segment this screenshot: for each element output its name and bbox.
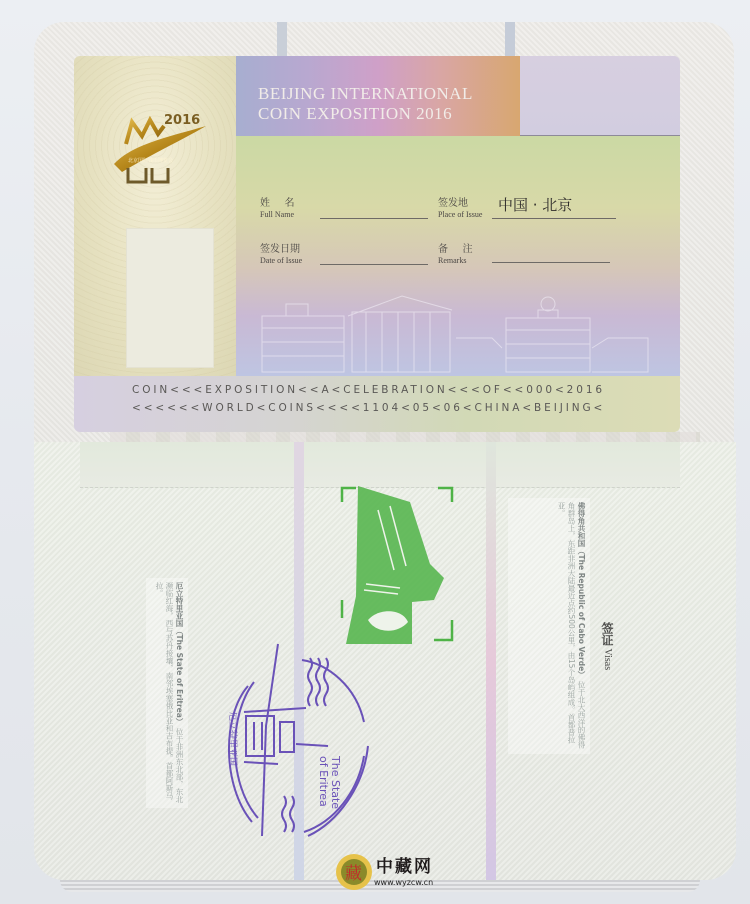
- svg-text:2016: 2016: [164, 113, 200, 128]
- full-name-label: 姓 名 Full Name: [260, 198, 301, 220]
- watermark-brand: 中藏网: [376, 852, 433, 877]
- title-line-2: COIN EXPOSITION 2016: [258, 104, 473, 124]
- eritrea-info-block: 厄立特里亚国（The State of Eritrea） 位于非洲东北部，东北濒…: [146, 578, 188, 808]
- guilloche-border: [110, 432, 700, 442]
- svg-text:厄立特里亚国: 厄立特里亚国: [227, 712, 239, 766]
- remarks-line: [492, 262, 610, 263]
- security-strip: [486, 442, 496, 880]
- coin-expo-logo-icon: 2016 北京国际钱币博览会: [102, 96, 212, 186]
- machine-readable-zone: COIN<<<EXPOSITION<<A<CELEBRATION<<<OF<<0…: [74, 376, 680, 432]
- mrz-line-2: <<<<<<WORLD<COINS<<<<1104<05<06<CHINA<BE…: [132, 402, 605, 414]
- card-header: BEIJING INTERNATIONAL COIN EXPOSITION 20…: [236, 56, 520, 136]
- mrz-line-1: COIN<<<EXPOSITION<<A<CELEBRATION<<<OF<<0…: [132, 384, 605, 396]
- place-of-issue-line: [492, 218, 616, 219]
- expo-title: BEIJING INTERNATIONAL COIN EXPOSITION 20…: [258, 84, 473, 124]
- svg-text:北京国际钱币博览会: 北京国际钱币博览会: [128, 157, 173, 164]
- photo-area: [126, 228, 214, 368]
- card-header-right-panel: [520, 56, 680, 136]
- security-strip: [277, 22, 287, 56]
- svg-text:藏: 藏: [345, 864, 362, 884]
- svg-text:of Eritrea: of Eritrea: [317, 756, 330, 807]
- card-left-panel: 2016 北京国际钱币博览会: [74, 56, 236, 376]
- card-fields-area: 姓 名 Full Name 签发地 Place of Issue 中国 · 北京…: [236, 136, 680, 376]
- purple-entry-stamp-icon: 厄立特里亚国 The State of Eritrea: [218, 636, 376, 848]
- remarks-label: 备 注 Remarks: [438, 244, 479, 266]
- security-strip: [505, 22, 515, 56]
- data-page-card: 2016 北京国际钱币博览会 BEIJING INTERNATIONAL COI…: [74, 56, 680, 432]
- visas-label: 签证 Visas: [600, 622, 614, 670]
- title-line-1: BEIJING INTERNATIONAL: [258, 84, 473, 104]
- place-of-issue-value: 中国 · 北京: [498, 194, 572, 215]
- passport-photo: 2016 北京国际钱币博览会 BEIJING INTERNATIONAL COI…: [0, 0, 750, 904]
- watermark-url: www.wyzcw.cn: [374, 878, 433, 887]
- date-of-issue-line: [320, 264, 428, 265]
- buildings-illustration-icon: [256, 286, 656, 374]
- full-name-line: [320, 218, 428, 219]
- green-visa-stamp-icon: [338, 480, 468, 650]
- cabo-verde-info-block: 佛得角共和国（The Republic of Cabo Verde） 位于北大西…: [508, 498, 590, 754]
- date-of-issue-label: 签发日期 Date of Issue: [260, 244, 302, 266]
- place-of-issue-label: 签发地 Place of Issue: [438, 198, 482, 220]
